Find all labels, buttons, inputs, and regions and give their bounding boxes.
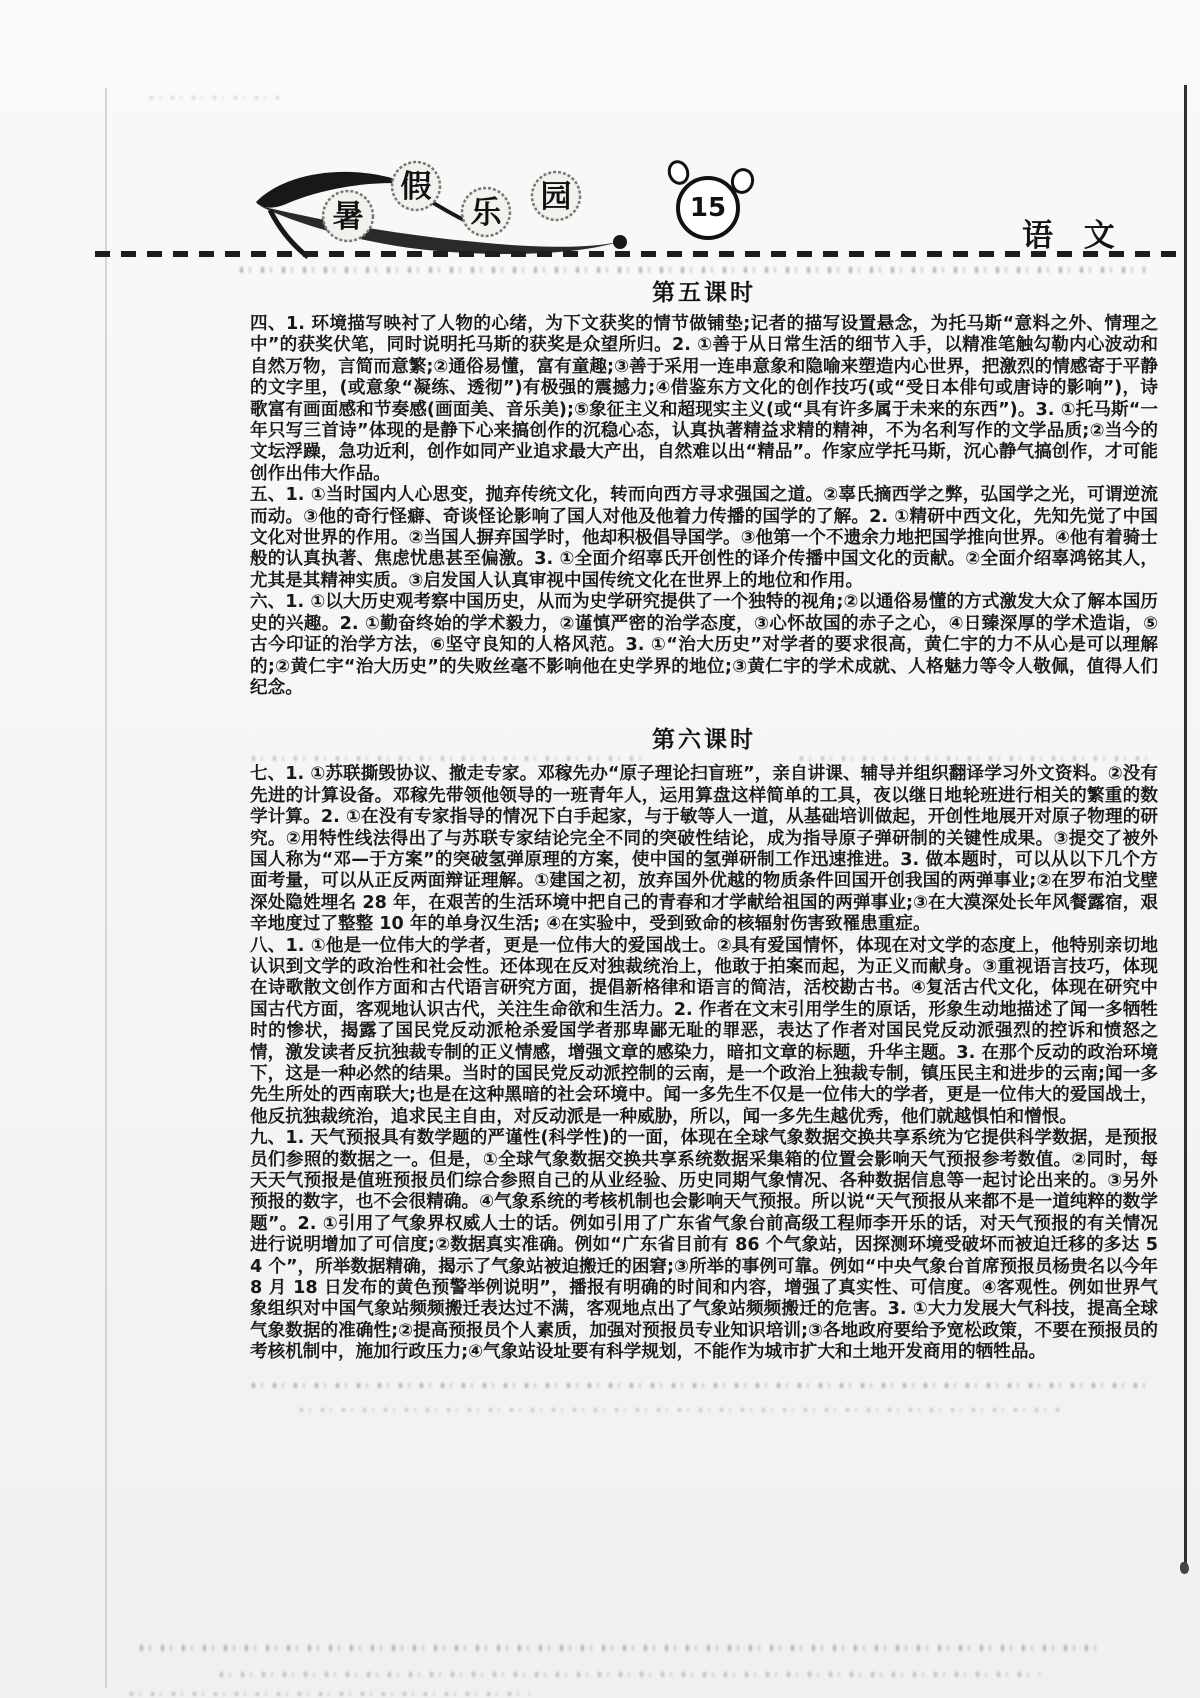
logo-char: 乐 [471,195,503,231]
subject-label: 语 文 [1022,210,1125,255]
page-number: 15 [690,193,726,223]
answer-paragraph-7: 七、1. ①苏联撕毁协议、撤走专家。邓稼先办“原子理论扫盲班”，亲自讲课、辅导并… [250,764,1158,935]
logo-char-ring: 乐 [462,188,510,236]
answers-content: 第五课时 四、1. 环境描写映衬了人物的心绪，为下文获奖的情节做铺垫;记者的描写… [250,270,1158,1364]
scan-edge-right [1184,85,1187,1570]
logo-char: 暑 [333,199,364,235]
logo-char: 园 [541,179,572,215]
scan-ink-blob [1180,1562,1189,1574]
answer-paragraph-4: 四、1. 环境描写映衬了人物的心绪，为下文获奖的情节做铺垫;记者的描写设置悬念，… [250,314,1158,485]
logo-char-ring: 暑 [323,191,373,241]
section-title-lesson-5: 第五课时 [250,274,1158,307]
scan-noise [220,1672,1040,1677]
scan-noise [150,96,280,99]
scan-noise [130,1692,530,1696]
scan-noise [252,1383,1152,1388]
scan-noise [140,1645,1100,1651]
answer-paragraph-8: 八、1. ①他是一位伟大的学者，更是一位伟大的爱国战士。②具有爱国情怀，体现在对… [250,936,1158,1129]
answer-paragraph-9: 九、1. 天气预报具有数学题的严谨性(科学性)的一面，体现在全球气象数据交换共享… [250,1128,1158,1363]
logo-char: 假 [401,169,432,205]
brush-tip-icon [613,235,627,249]
answer-paragraph-5: 五、1. ①当时国内人心思变，抛弃传统文化，转而向西方寻求强国之道。②辜氏摘西学… [250,485,1158,592]
scanned-answer-page: 暑 假 乐 园 15 语 文 第五课时 四、1. 环境描写映衬了人物的心绪，为下… [0,0,1200,1698]
scan-edge-left [105,88,107,1688]
page-number-badge: 15 [676,176,740,240]
logo-char-ring: 假 [392,162,440,210]
summer-fun-logo-icon: 暑 假 乐 园 [248,152,648,264]
dashed-divider [95,251,1187,257]
answer-paragraph-6: 六、1. ①以大历史观考察中国历史，从而为史学研究提供了一个独特的视角;②以通俗… [250,592,1158,699]
logo-char-ring: 园 [532,172,580,220]
scan-noise [300,1408,1060,1412]
section-title-lesson-6: 第六课时 [250,721,1158,754]
